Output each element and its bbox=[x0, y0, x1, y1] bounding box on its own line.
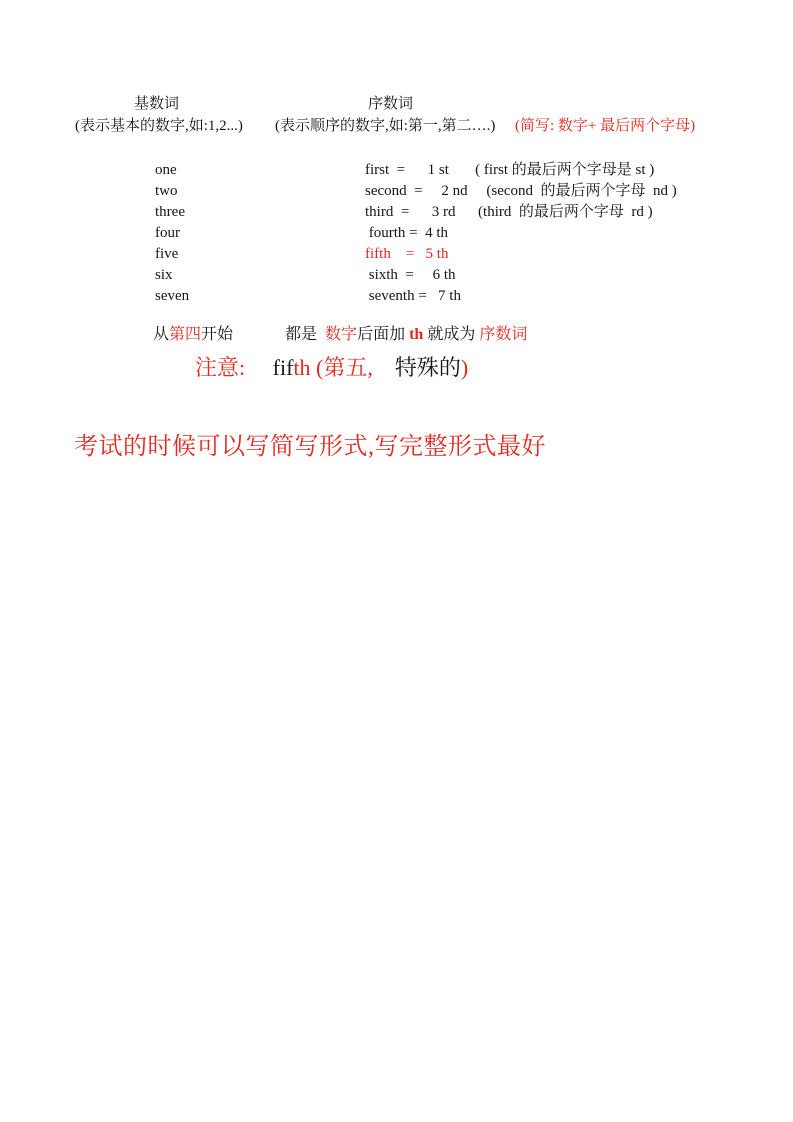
ordinal-cell: fourth = 4 th bbox=[365, 225, 448, 241]
table-row: onefirst = 1 st ( first 的最后两个字母是 st ) bbox=[155, 160, 677, 181]
cardinal-column-subtitle: (表示基本的数字,如:1,2...) bbox=[75, 117, 243, 136]
text-segment: 后面加 bbox=[357, 326, 409, 343]
ordinal-cell: second = 2 nd (second 的最后两个字母 nd ) bbox=[365, 183, 677, 199]
cardinal-cell: six bbox=[155, 265, 365, 286]
abbreviation-note: (简写: 数字+ 最后两个字母) bbox=[515, 117, 695, 136]
rule-line: 从第四开始 都是 数字后面加 th 就成为 序数词 bbox=[153, 325, 527, 345]
text-segment: 开始 都是 bbox=[201, 326, 325, 343]
text-segment: (第五, bbox=[311, 355, 373, 380]
exam-note: 考试的时候可以写简写形式,写完整形式最好 bbox=[74, 432, 546, 462]
text-segment: 序数词 bbox=[479, 326, 527, 343]
text-segment: th bbox=[293, 355, 310, 380]
text-segment: ) bbox=[461, 355, 468, 380]
table-row: threethird = 3 rd (third 的最后两个字母 rd ) bbox=[155, 202, 677, 223]
cardinal-cell: five bbox=[155, 244, 365, 265]
cardinal-cell: seven bbox=[155, 286, 365, 307]
ordinal-cell: third = 3 rd (third 的最后两个字母 rd ) bbox=[365, 204, 653, 220]
ordinal-cell: fifth = 5 th bbox=[365, 246, 448, 262]
cardinal-cell: one bbox=[155, 160, 365, 181]
cardinal-cell: two bbox=[155, 181, 365, 202]
text-segment: 第四 bbox=[169, 326, 201, 343]
text-segment: 注意: bbox=[195, 355, 273, 380]
table-row: four fourth = 4 th bbox=[155, 223, 677, 244]
ordinal-column-title: 序数词 bbox=[368, 95, 413, 114]
table-row: twosecond = 2 nd (second 的最后两个字母 nd ) bbox=[155, 181, 677, 202]
notice-line: 注意: fifth (第五, 特殊的) bbox=[195, 354, 468, 382]
text-segment: 特殊的 bbox=[373, 355, 461, 380]
text-segment: 数字 bbox=[325, 326, 357, 343]
text-segment: th bbox=[409, 326, 423, 343]
text-segment: 就成为 bbox=[423, 326, 479, 343]
ordinal-cell: seventh = 7 th bbox=[365, 288, 461, 304]
cardinal-cell: four bbox=[155, 223, 365, 244]
text-segment: 从 bbox=[153, 326, 169, 343]
table-row: six sixth = 6 th bbox=[155, 265, 677, 286]
text-segment: fif bbox=[273, 355, 294, 380]
table-row: seven seventh = 7 th bbox=[155, 286, 677, 307]
ordinal-cell: first = 1 st ( first 的最后两个字母是 st ) bbox=[365, 162, 654, 178]
ordinal-cell: sixth = 6 th bbox=[365, 267, 456, 283]
table-row: fivefifth = 5 th bbox=[155, 244, 677, 265]
document-page: 基数词 序数词 (表示基本的数字,如:1,2...) (表示顺序的数字,如:第一… bbox=[0, 0, 793, 1122]
cardinal-cell: three bbox=[155, 202, 365, 223]
number-table: onefirst = 1 st ( first 的最后两个字母是 st )two… bbox=[155, 160, 677, 307]
ordinal-column-subtitle: (表示顺序的数字,如:第一,第二….) bbox=[275, 117, 495, 136]
cardinal-column-title: 基数词 bbox=[134, 95, 179, 114]
